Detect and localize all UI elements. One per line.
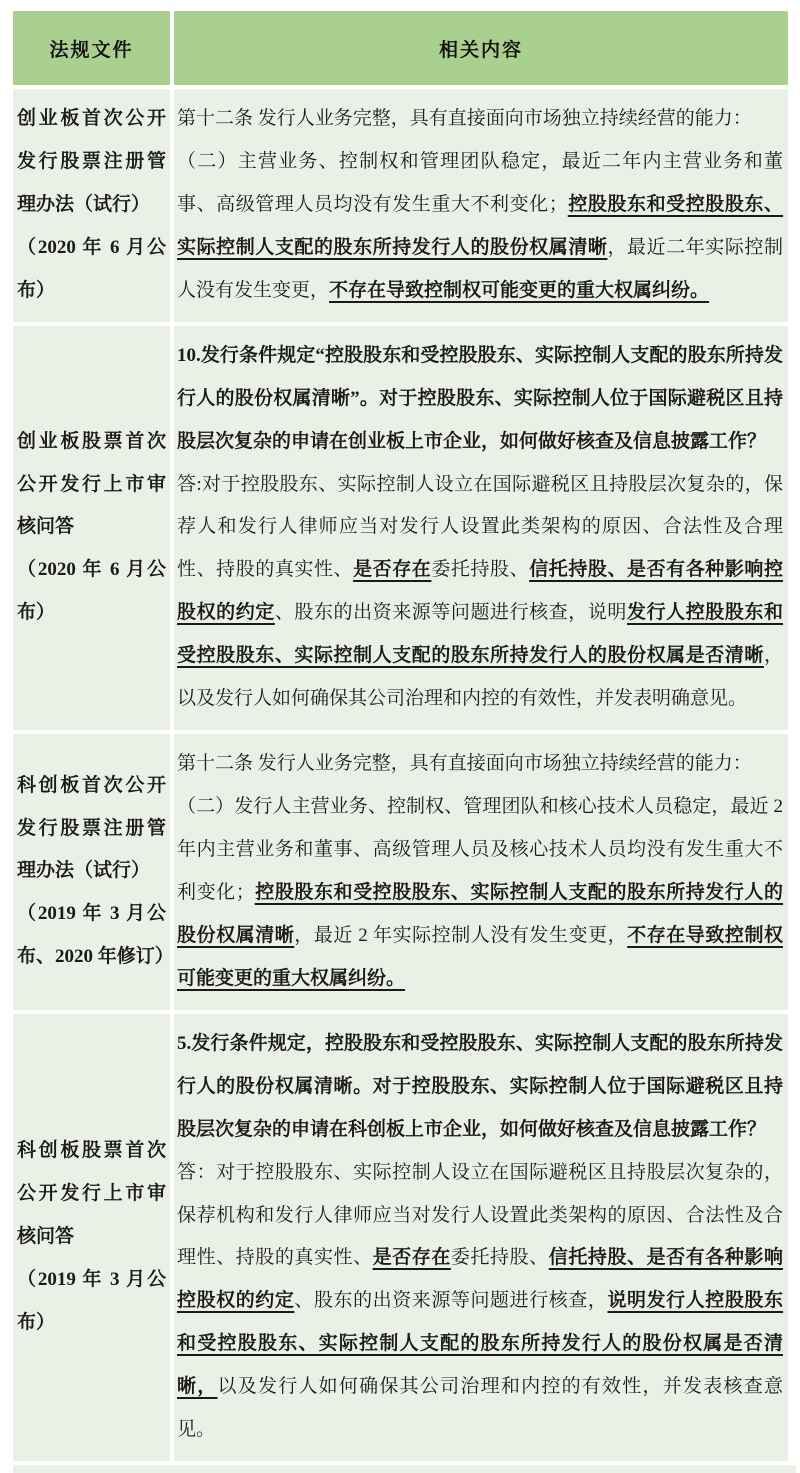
content-paragraph: 10.发行条件规定“控股股东和受控股股东、实际控制人支配的股东所持发行人的股份权… (177, 335, 783, 464)
content-paragraph: 答：对于控股股东、实际控制人设立在国际避税区且持股层次复杂的，保荐机构和发行人律… (177, 1152, 783, 1453)
content-paragraph: 答:对于控股股东、实际控制人设立在国际避税区且持股层次复杂的，保荐人和发行人律师… (177, 464, 783, 722)
table-body: 创业板首次公开发行股票注册管理办法（试行）（2020 年 6 月公布）第十二条 … (13, 89, 788, 1461)
regulation-table-page: 法规文件 相关内容 创业板首次公开发行股票注册管理办法（试行）（2020 年 6… (0, 0, 800, 1473)
content-paragraph: 第十二条 发行人业务完整，具有直接面向市场独立持续经营的能力： (177, 98, 783, 141)
body-text: 委托持股、 (451, 1247, 549, 1268)
body-text: 第十二条 发行人业务完整，具有直接面向市场独立持续经营的能力： (177, 753, 752, 774)
body-text: 第十二条 发行人业务完整，具有直接面向市场独立持续经营的能力： (177, 108, 752, 129)
table-row: 科创板首次公开发行股票注册管理办法（试行）（2019 年 3 月公布、2020 … (13, 734, 788, 1010)
header-row: 法规文件 相关内容 (13, 11, 788, 85)
legal-doc-cell: 创业板股票首次公开发行上市审核问答（2020 年 6 月公布） (13, 326, 170, 730)
legal-doc-cell: 科创板首次公开发行股票注册管理办法（试行）（2019 年 3 月公布、2020 … (13, 734, 170, 1010)
legal-doc-cell: 创业板首次公开发行股票注册管理办法（试行）（2020 年 6 月公布） (13, 89, 170, 322)
legal-doc-paragraph: （2019 年 3 月公布、2020 年修订） (17, 893, 166, 979)
content-paragraph: 第十二条 发行人业务完整，具有直接面向市场独立持续经营的能力： (177, 743, 783, 786)
content-cell: 10.发行条件规定“控股股东和受控股股东、实际控制人支配的股东所持发行人的股份权… (174, 326, 788, 730)
regulation-table: 法规文件 相关内容 创业板首次公开发行股票注册管理办法（试行）（2020 年 6… (9, 7, 792, 1465)
legal-doc-paragraph: （2020 年 6 月公布） (17, 227, 166, 313)
body-text: 、股东的出资来源等问题进行核查，说明 (275, 602, 627, 623)
table-row: 创业板首次公开发行股票注册管理办法（试行）（2020 年 6 月公布）第十二条 … (13, 89, 788, 322)
table-row: 创业板股票首次公开发行上市审核问答（2020 年 6 月公布）10.发行条件规定… (13, 326, 788, 730)
legal-doc-paragraph: 科创板首次公开发行股票注册管理办法（试行） (17, 765, 166, 894)
content-cell: 第十二条 发行人业务完整，具有直接面向市场独立持续经营的能力：（二）主营业务、控… (174, 89, 788, 322)
legal-doc-paragraph: 科创板股票首次公开发行上市审核问答 (17, 1130, 166, 1259)
content-cell: 第十二条 发行人业务完整，具有直接面向市场独立持续经营的能力：（二）发行人主营业… (174, 734, 788, 1010)
body-text: 以及发行人如何确保其公司治理和内控的有效性，并发表核查意见。 (177, 1376, 783, 1440)
legal-doc-paragraph: 创业板股票首次公开发行上市审核问答 (17, 421, 166, 550)
legal-doc-cell: 科创板股票首次公开发行上市审核问答（2019 年 3 月公布） (13, 1014, 170, 1461)
content-paragraph: （二）主营业务、控制权和管理团队稳定，最近二年内主营业务和董事、高级管理人员均没… (177, 141, 783, 313)
emphasized-underlined-text: 不存在导致控制权可能变更的重大权属纠纷。 (329, 280, 709, 301)
content-cell: 5.发行条件规定，控股股东和受控股股东、实际控制人支配的股东所持发行人的股份权属… (174, 1014, 788, 1461)
content-paragraph: 5.发行条件规定，控股股东和受控股股东、实际控制人支配的股东所持发行人的股份权属… (177, 1023, 783, 1152)
legal-doc-paragraph: 创业板首次公开发行股票注册管理办法（试行） (17, 98, 166, 227)
body-text: 、股东的出资来源等问题进行核查， (294, 1290, 607, 1311)
body-text: ，最近 2 年实际控制人没有发生变更， (294, 925, 627, 946)
header-cell-related-content: 相关内容 (174, 11, 788, 85)
table-row: 科创板股票首次公开发行上市审核问答（2019 年 3 月公布）5.发行条件规定，… (13, 1014, 788, 1461)
legal-doc-paragraph: （2020 年 6 月公布） (17, 549, 166, 635)
body-text: 委托持股、 (431, 559, 529, 580)
legal-doc-paragraph: （2019 年 3 月公布） (17, 1259, 166, 1345)
next-row-partial-strip (13, 1465, 796, 1473)
content-paragraph: （二）发行人主营业务、控制权、管理团队和核心技术人员稳定，最近 2 年内主营业务… (177, 786, 783, 1001)
header-cell-legal-documents: 法规文件 (13, 11, 170, 85)
table-header: 法规文件 相关内容 (13, 11, 788, 85)
emphasized-underlined-text: 是否存在 (353, 559, 431, 580)
emphasized-underlined-text: 是否存在 (373, 1247, 451, 1268)
bold-text: 5.发行条件规定，控股股东和受控股股东、实际控制人支配的股东所持发行人的股份权属… (177, 1033, 783, 1140)
bold-text: 10.发行条件规定“控股股东和受控股股东、实际控制人支配的股东所持发行人的股份权… (177, 345, 783, 452)
